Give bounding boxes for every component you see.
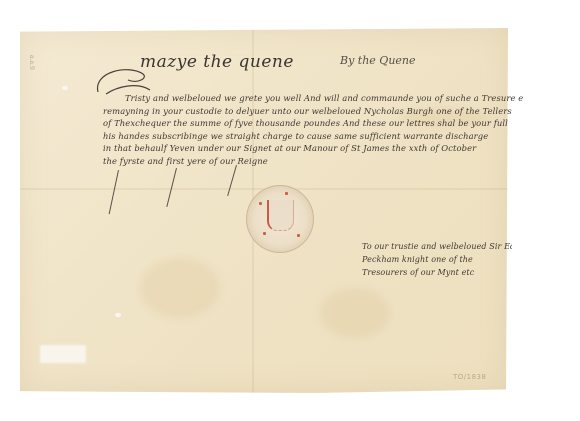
subscription-line: Peckham knight one of the	[362, 253, 512, 266]
wax-seal	[246, 185, 314, 253]
subscription-address: To our trustie and welbeloued Sir Edmund…	[362, 240, 512, 279]
body-line: his handes subscribinge we straight char…	[103, 130, 523, 143]
letter-body: Tristy and welbeloued we grete you well …	[103, 92, 523, 167]
seal-shield-icon	[267, 200, 294, 231]
stain	[320, 288, 390, 338]
body-line: the fyrste and first yere of our Reigne	[103, 155, 303, 168]
stain	[140, 258, 220, 318]
wax-trace	[263, 232, 266, 235]
repair-patch	[40, 345, 86, 363]
document-heading: mazye the quene	[140, 52, 294, 72]
wax-trace	[285, 192, 288, 195]
body-line: remayning in your custodie to delyuer un…	[103, 105, 523, 118]
body-line: of Thexchequer the summe of fyve thousan…	[103, 117, 523, 130]
body-line: in that behaulf Yeven under our Signet a…	[103, 142, 523, 155]
body-line: Tristy and welbeloued we grete you well …	[103, 92, 523, 105]
superscription: By the Quene	[340, 54, 416, 67]
subscription-line: To our trustie and welbeloued Sir Edmund	[362, 240, 512, 253]
wax-trace	[259, 202, 262, 205]
shelfmark-stamp: TO/1838	[453, 373, 486, 381]
subscription-line: Tresourers of our Mynt etc	[362, 266, 512, 279]
hole	[62, 86, 68, 90]
wax-trace	[297, 234, 300, 237]
margin-note: a.a.9	[28, 55, 35, 70]
hole	[115, 313, 121, 317]
